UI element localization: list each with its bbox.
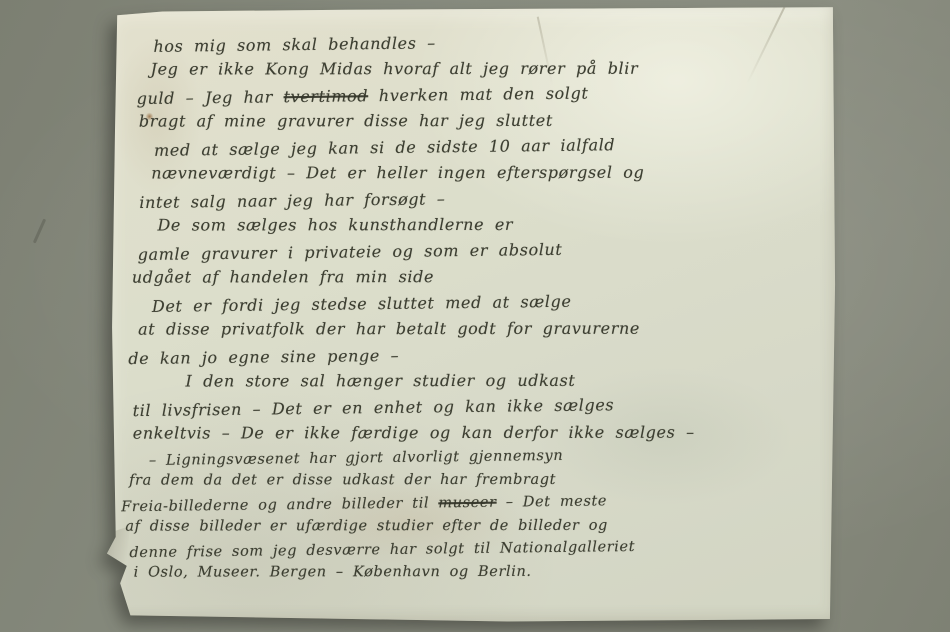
- manuscript-text: hos mig som skal behandles –Jeg er ikke …: [116, 28, 819, 586]
- handwriting-text: I den store sal hænger studier og udkast: [185, 371, 575, 391]
- handwriting-text: hverken mat den solgt: [368, 84, 588, 106]
- manuscript-paper: hos mig som skal behandles –Jeg er ikke …: [104, 6, 838, 624]
- paper-shadow-wrap: hos mig som skal behandles –Jeg er ikke …: [0, 0, 950, 632]
- handwriting-text: bragt af mine gravurer disse har jeg slu…: [139, 111, 553, 131]
- handwriting-text: fra dem da det er disse udkast der har f…: [129, 472, 556, 489]
- handwriting-line: i Oslo, Museer. Bergen – København og Be…: [120, 560, 820, 584]
- handwriting-text: til livsfrisen – Det er en enhet og kan …: [133, 395, 615, 420]
- photo-background: hos mig som skal behandles –Jeg er ikke …: [0, 0, 950, 632]
- crossed-out-word: museer: [438, 495, 496, 512]
- crossed-out-word: tvertimod: [283, 86, 368, 106]
- handwriting-text: af disse billeder er ufærdige studier ef…: [125, 518, 608, 535]
- handwriting-text: Freia-billederne og andre billeder til: [121, 495, 438, 515]
- handwriting-text: enkeltvis – De er ikke færdige og kan de…: [133, 423, 695, 443]
- handwriting-text: udgået af handelen fra min side: [132, 267, 434, 287]
- handwriting-text: – Ligningsvæsenet har gjort alvorligt gj…: [149, 448, 563, 469]
- handwriting-text: guld – Jeg har: [137, 87, 284, 108]
- handwriting-text: med at sælge jeg kan si de sidste 10 aar…: [154, 135, 615, 160]
- handwriting-text: intet salg naar jeg har forsøgt –: [139, 189, 445, 212]
- handwriting-text: at disse privatfolk der har betalt godt …: [138, 319, 640, 339]
- handwriting-text: hos mig som skal behandles –: [153, 33, 436, 55]
- handwriting-text: gamle gravurer i privateie og som er abs…: [138, 240, 563, 264]
- handwriting-text: denne frise som jeg desværre har solgt t…: [129, 539, 635, 561]
- handwriting-text: nævneværdigt – Det er heller ingen efter…: [151, 163, 644, 183]
- handwriting-text: – Det meste: [496, 493, 607, 510]
- handwriting-text: De som sælges hos kunsthandlerne er: [157, 215, 513, 235]
- handwriting-text: Jeg er ikke Kong Midas hvoraf alt jeg rø…: [151, 59, 639, 79]
- handwriting-text: i Oslo, Museer. Bergen – København og Be…: [134, 564, 532, 581]
- handwriting-text: Det er fordi jeg stedse sluttet med at s…: [152, 292, 572, 316]
- handwriting-text: de kan jo egne sine penge –: [128, 346, 399, 368]
